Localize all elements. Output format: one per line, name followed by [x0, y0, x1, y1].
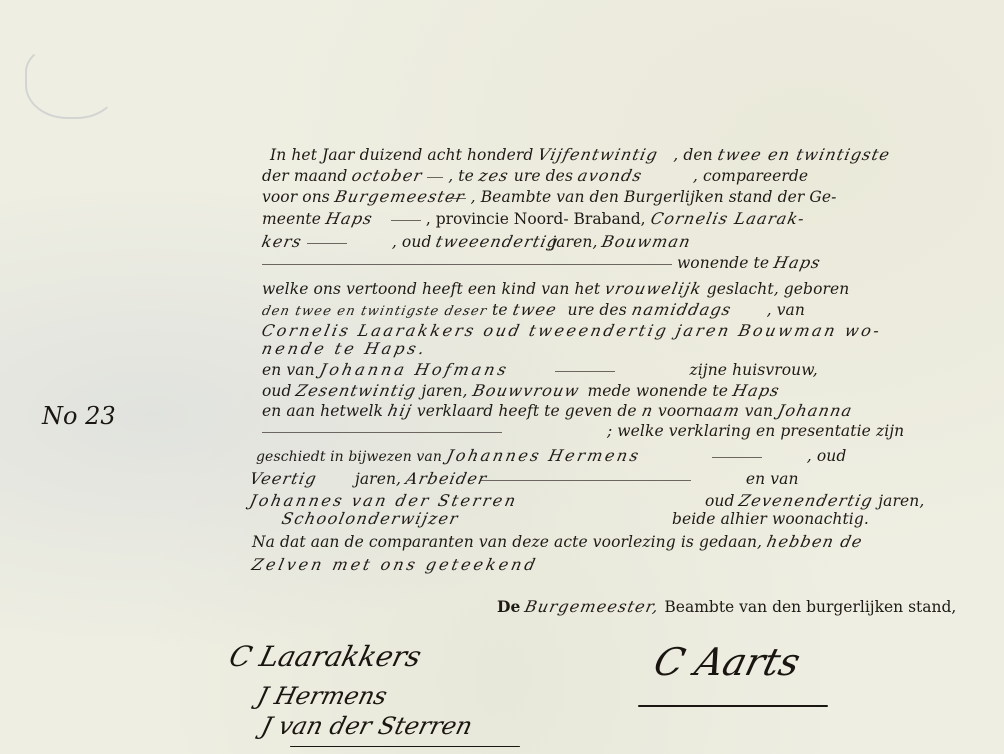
- signature-underline-right: [638, 705, 828, 707]
- signature-laarakkers: C Laarakkers: [226, 640, 425, 673]
- signature-underline-left: [290, 746, 520, 747]
- line-20: Zelven met ons geteekend: [252, 556, 538, 574]
- signature-hermens: J Hermens: [255, 682, 391, 710]
- line-1: In het Jaar duizend acht honderd Vijfent…: [270, 146, 890, 164]
- line-15: geschiedt in bijwezen van Johannes Herme…: [256, 447, 846, 466]
- line-11: en van Johanna Hofmans zijne huisvrouw,: [262, 361, 818, 379]
- pencil-mark: [25, 45, 119, 119]
- line-6: wonende te Haps: [262, 254, 821, 272]
- line-10: nende te Haps.: [262, 340, 427, 358]
- line-14: ; welke verklaring en presentatie zijn: [262, 422, 904, 440]
- line-12: oud Zesentwintig jaren, Bouwvrouw mede w…: [262, 382, 780, 400]
- line-3: voor ons Burgemeester , Beambte van den …: [262, 188, 837, 206]
- line-9: Cornelis Laarakkers oud tweeendertig jar…: [262, 322, 882, 340]
- line-7: welke ons vertoond heeft een kind van he…: [262, 280, 849, 298]
- signature-burgemeester: C Aarts: [650, 640, 805, 684]
- line-5: kers , oud tweeendertig jaren, Bouwman: [262, 233, 691, 251]
- line-2: der maand october , te zes ure des avond…: [262, 167, 808, 185]
- record-number: No 23: [42, 402, 116, 430]
- line-21: De Burgemeester, Beambte van den burgerl…: [497, 598, 956, 616]
- line-16: Veertig jaren, Arbeider en van: [250, 470, 799, 488]
- line-13: en aan hetwelk hij verklaard heeft te ge…: [262, 402, 852, 420]
- line-19: Na dat aan de comparanten van deze acte …: [252, 533, 863, 551]
- line-18: Schoolonderwijzer beide alhier woonachti…: [262, 510, 869, 528]
- line-4: meente Haps , provincie Noord- Braband, …: [262, 210, 804, 228]
- line-8: den twee en twintigste deser te twee ure…: [262, 301, 805, 321]
- document-page: No 23 In het Jaar duizend acht honderd V…: [0, 0, 1004, 754]
- line-17: Johannes van der Sterren oud Zevenendert…: [250, 492, 924, 510]
- signature-van-der-sterren: J van der Sterren: [259, 712, 476, 740]
